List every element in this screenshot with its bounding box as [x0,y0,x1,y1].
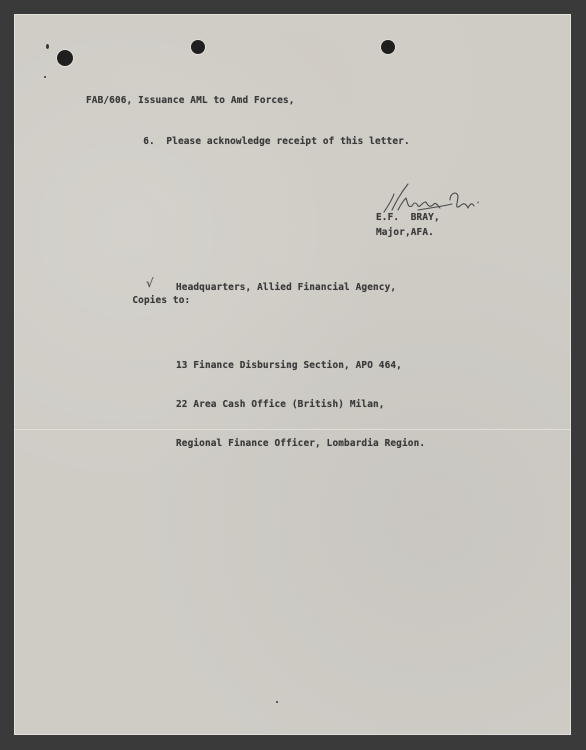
copies-label: Copies to: √ [86,281,176,333]
punch-hole-center [191,40,205,54]
copy-recipient: 22 Area Cash Office (British) Milan, [176,398,385,411]
signer-name: E.F. BRAY, [376,211,440,224]
paper-speck [276,701,278,703]
punch-hole-right [381,40,395,54]
copy-recipient: Regional Finance Officer, Lombardia Regi… [176,437,425,450]
punch-hole-left [57,50,73,66]
document-page: FAB/606, Issuance AML to Amd Forces, 6. … [14,14,571,735]
reference-line: FAB/606, Issuance AML to Amd Forces, [86,94,295,107]
paragraph-6: 6. Please acknowledge receipt of this le… [120,122,410,161]
copies-distribution-list: Copies to: √ Headquarters, Allied Financ… [86,255,425,476]
copy-recipient: 13 Finance Disbursing Section, APO 464, [176,359,402,372]
paper-speck [44,76,46,78]
check-mark-icon: √ [146,277,154,290]
paper-speck [46,44,49,49]
paragraph-number: 6. [143,136,155,147]
copy-recipient: Headquarters, Allied Financial Agency, [176,281,396,333]
signer-title: Major,AFA. [376,226,434,239]
paragraph-text: Please acknowledge receipt of this lette… [166,136,409,147]
